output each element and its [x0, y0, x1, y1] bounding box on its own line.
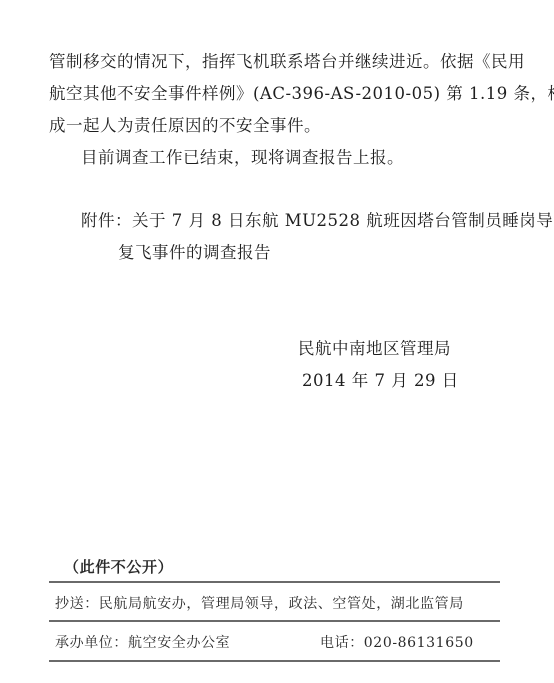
signature-date: 2014 年 7 月 29 日: [302, 367, 459, 391]
classification-note: （此件不公开）: [64, 556, 173, 577]
body-line-3: 成一起人为责任原因的不安全事件。: [49, 112, 321, 136]
body-paragraph-2: 目前调查工作已结束，现将调查报告上报。: [81, 144, 404, 168]
handling-unit: 承办单位：航空安全办公室: [55, 632, 230, 652]
phone-number: 电话：020-86131650: [320, 632, 474, 652]
divider: [49, 581, 500, 583]
divider: [49, 620, 500, 622]
attachment-line-1: 附件：关于 7 月 8 日东航 MU2528 航班因塔台管制员睡岗导致: [81, 207, 554, 231]
cc-list: 抄送：民航局航安办，管理局领导，政法、空管处，湖北监管局: [55, 593, 464, 613]
body-line-2: 航空其他不安全事件样例》(AC-396-AS-2010-05) 第 1.19 条…: [49, 80, 554, 104]
signature-organization: 民航中南地区管理局: [298, 335, 451, 359]
attachment-line-2: 复飞事件的调查报告: [118, 239, 271, 263]
divider: [49, 660, 500, 662]
body-line-1: 管制移交的情况下，指挥飞机联系塔台并继续进近。依据《民用: [49, 48, 525, 72]
